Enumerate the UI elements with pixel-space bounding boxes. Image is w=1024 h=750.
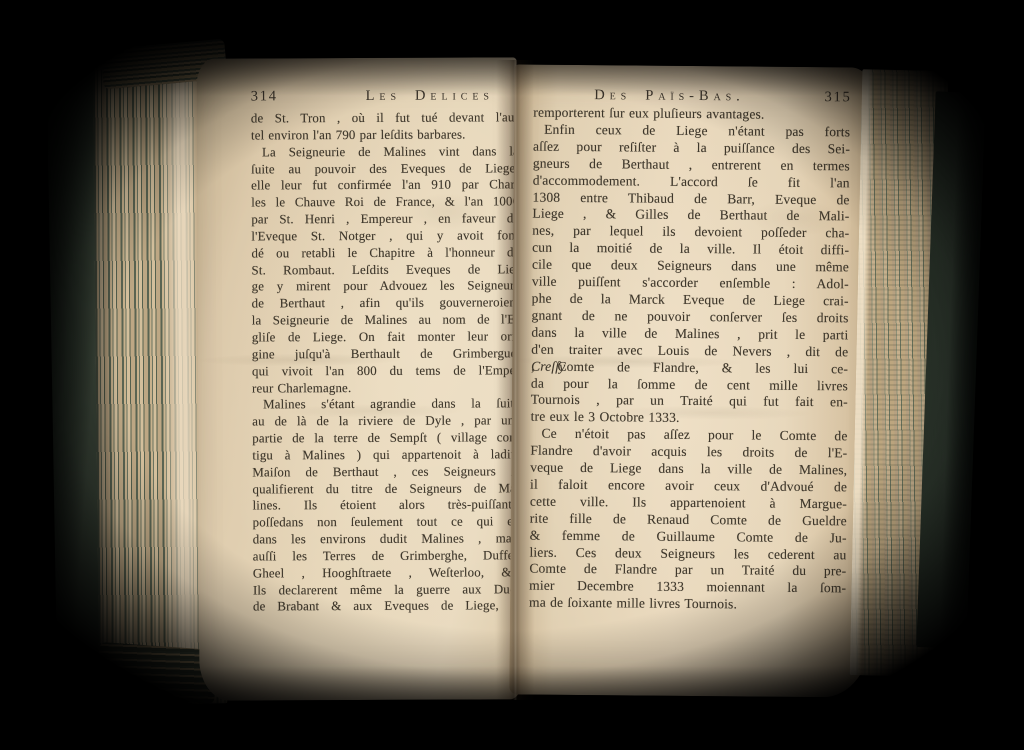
text-line: tel environ l'an 790 par leſdits barbare… xyxy=(251,126,519,144)
text-line: Gheel , Hooghſtraete , Weſterloo, &c. xyxy=(253,564,521,582)
text-line: de Berthaut , afin qu'ils gouverneroient xyxy=(252,295,520,313)
text-line: Ils declarerent même la guerre aux Ducs xyxy=(253,581,521,599)
text-line: lines. Ils étoient alors très-puiſſants, xyxy=(253,497,521,515)
page-number-left: 314 xyxy=(251,88,323,105)
page-right: Des Païs-Bas. 315 remporterent ſur eux p… xyxy=(509,64,876,697)
text-line: l'Eveque St. Notger , qui y avoit fon- xyxy=(251,227,519,245)
text-line: La Seigneurie de Malines vint dans la xyxy=(251,143,519,161)
page-header-right: Des Païs-Bas. 315 xyxy=(533,87,851,107)
text-line: qualifierent du titre de Seigneurs de Ma… xyxy=(252,480,520,498)
text-column-left: de St. Tron , où il fut tué devant l'au-… xyxy=(251,109,521,615)
text-line: de St. Tron , où il fut tué devant l'au- xyxy=(251,109,519,127)
text-line: d'accommodement. L'accord ſe fit l'an xyxy=(533,172,850,192)
text-line: auſſi les Terres de Grimberghe, Duffel, xyxy=(253,547,521,565)
page-number-right: 315 xyxy=(805,89,851,106)
text-line: qui vivoit l'an 800 du tems de l'Empe- xyxy=(252,362,520,380)
text-line: ge y mirent pour Advouez les Seigneurs xyxy=(252,278,520,296)
text-line: reur Charlemagne. xyxy=(252,379,520,397)
text-line: la Seigneurie de Malines au nom de l'E- xyxy=(252,311,520,329)
text-line: les le Chauve Roi de France, & l'an 1006 xyxy=(251,194,519,212)
text-line: Maiſon de Berthaut , ces Seigneurs ſe xyxy=(252,463,520,481)
text-line: dans les environs dudit Malines , mais xyxy=(253,530,521,548)
text-line: ſuite au pouvoir des Eveques de Liege; xyxy=(251,160,519,178)
text-line: par St. Henri , Empereur , en faveur de xyxy=(251,210,519,228)
text-line: Creſſy, Comte de Flandre, & les lui ce- xyxy=(531,358,848,378)
book-photograph: 314 Les Delices de St. Tron , où il fut … xyxy=(0,0,1024,750)
text-line: Malines s'étant agrandie dans la ſuite xyxy=(252,396,520,414)
text-line: ma de ſoixante mille livres Tournois. xyxy=(529,595,846,615)
text-line: au de là de la riviere de Dyle , par une xyxy=(252,412,520,430)
text-line: partie de la terre de Sempſt ( village c… xyxy=(252,429,520,447)
text-line: poſſedans non ſeulement tout ce qui eſt xyxy=(253,514,521,532)
text-line: gine juſqu'à Berthault de Grimbergue, xyxy=(252,345,520,363)
text-line: gliſe de Liege. On fait monter leur ori- xyxy=(252,328,520,346)
page-left: 314 Les Delices de St. Tron , où il fut … xyxy=(197,57,520,700)
running-title-right: Des Païs-Bas. xyxy=(533,87,805,106)
text-line: & femme de Guillaume Comte de Ju- xyxy=(530,527,847,547)
text-line: tigu à Malines ) qui appartenoit à ladit… xyxy=(252,446,520,464)
text-line: d'en traiter avec Louis de Nevers , dit … xyxy=(531,341,848,361)
text-line: dé ou retabli le Chapitre à l'honneur de xyxy=(251,244,519,262)
text-line: elle leur fut confirmée l'an 910 par Cha… xyxy=(251,177,519,195)
running-title-left: Les Delices xyxy=(323,87,519,105)
text-line: St. Rombaut. Leſdits Eveques de Lie- xyxy=(251,261,519,279)
page-header-left: 314 Les Delices xyxy=(251,87,519,105)
text-line: de Brabant & aux Eveques de Liege, & xyxy=(253,598,521,616)
text-column-right: remporterent ſur eux pluſieurs avantages… xyxy=(529,105,850,615)
